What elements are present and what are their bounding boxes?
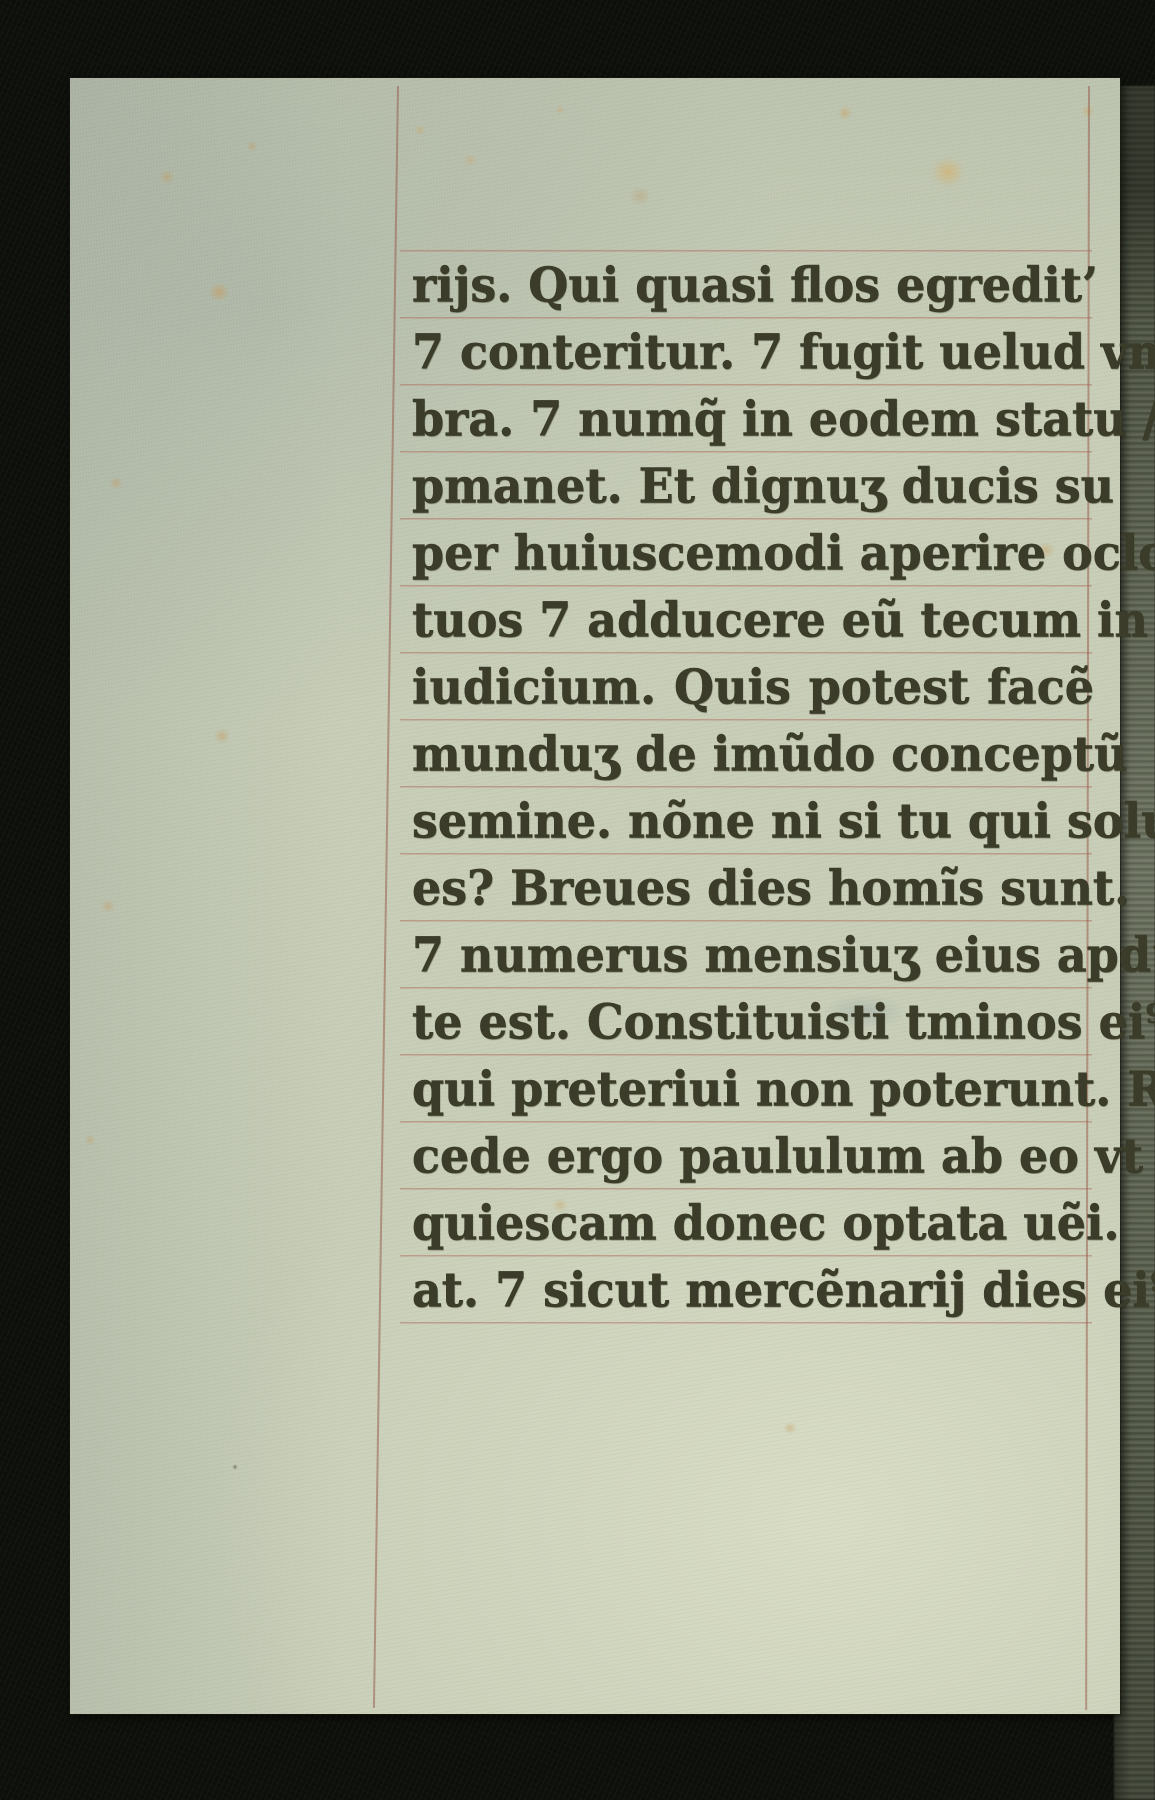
text-line-14: cede ergo paululum ab eo vt bbox=[412, 1122, 1094, 1192]
text-block: rijs. Qui quasi flos egredit’ 7 conterit… bbox=[412, 252, 1094, 1324]
text-line-10: es? Breues dies homĩs sunt. bbox=[412, 854, 1094, 924]
text-line-4: pmanet. Et dignuʒ ducis su bbox=[412, 452, 1094, 522]
text-line-16: at. 7 sicut mercẽnarij dies ei⁹. bbox=[412, 1256, 1094, 1326]
left-margin-rule bbox=[373, 86, 399, 1708]
text-line-8: munduʒ de imũdo conceptũ bbox=[412, 720, 1094, 790]
text-line-1: rijs. Qui quasi flos egredit’ bbox=[412, 251, 1094, 321]
text-line-15: quiescam donec optata uẽi. bbox=[412, 1189, 1094, 1259]
text-line-11: 7 numerus mensiuʒ eius apd’ bbox=[412, 921, 1094, 991]
text-line-6: tuos 7 adducere eũ tecum in bbox=[412, 586, 1094, 656]
text-line-9: semine. nõne ni si tu qui solu’ bbox=[412, 787, 1094, 857]
text-line-12: te est. Constituisti tminos ei⁹ bbox=[412, 988, 1094, 1058]
text-line-3: bra. 7 numq̃ in eodem statu / bbox=[412, 385, 1094, 455]
text-line-2: 7 conteritur. 7 fugit uelud vm bbox=[412, 318, 1094, 388]
text-line-13: qui preteriui non poterunt. Re bbox=[412, 1055, 1094, 1125]
parchment-page: rijs. Qui quasi flos egredit’ 7 conterit… bbox=[70, 78, 1120, 1714]
text-line-5: per huiuscemodi aperire oclos bbox=[412, 519, 1094, 589]
text-line-7: iudicium. Quis potest facẽ bbox=[412, 653, 1094, 723]
